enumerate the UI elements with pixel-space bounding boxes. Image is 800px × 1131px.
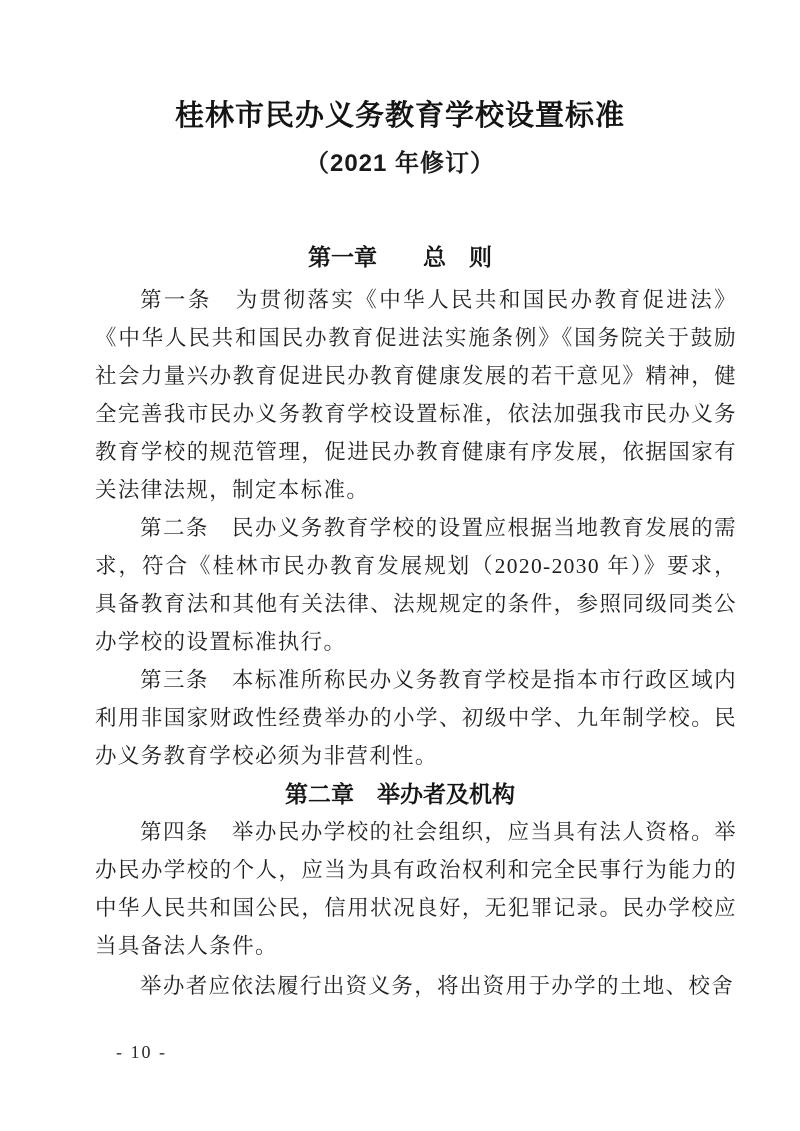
chapter-2-heading: 第二章 举办者及机构 (0, 775, 800, 813)
page-number: - 10 - (116, 1042, 167, 1063)
paragraph-article-3: 第三条 本标准所称民办义务教育学校是指本市行政区域内利用非国家财政性经费举办的小… (95, 661, 737, 775)
paragraph-article-4-continuation: 举办者应依法履行出资义务，将出资用于办学的土地、校舍 (95, 967, 737, 1005)
document-page: 桂林市民办义务教育学校设置标准 （2021 年修订） 第一章 总 则 第一条 为… (0, 0, 800, 1131)
document-body: 第一条 为贯彻落实《中华人民共和国民办教育促进法》《中华人民共和国民办教育促进法… (0, 281, 800, 1005)
document-subtitle: （2021 年修订） (0, 148, 800, 180)
paragraph-article-4: 第四条 举办民办学校的社会组织，应当具有法人资格。举办民办学校的个人，应当为具有… (95, 813, 737, 965)
paragraph-article-2: 第二条 民办义务教育学校的设置应根据当地教育发展的需求，符合《桂林市民办教育发展… (95, 509, 737, 661)
document-title: 桂林市民办义务教育学校设置标准 (0, 0, 800, 136)
paragraph-article-1: 第一条 为贯彻落实《中华人民共和国民办教育促进法》《中华人民共和国民办教育促进法… (95, 281, 737, 509)
chapter-1-heading: 第一章 总 则 (0, 242, 800, 272)
